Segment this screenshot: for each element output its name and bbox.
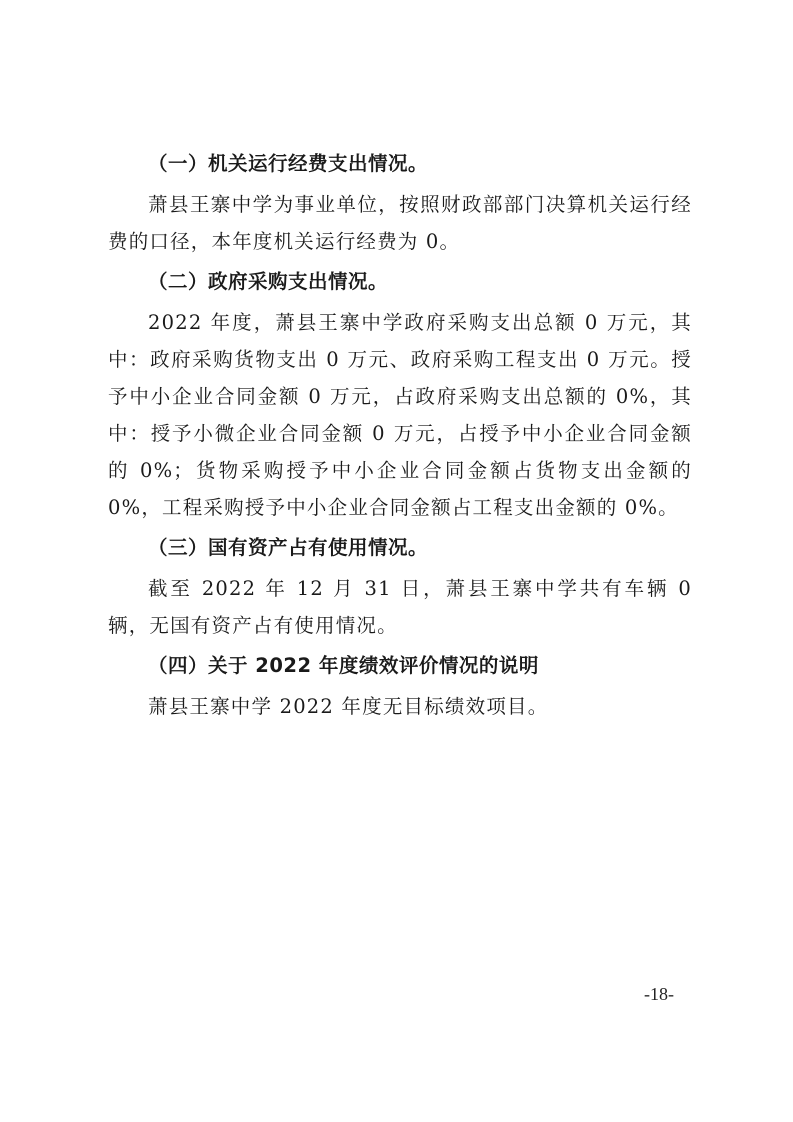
page-number: -18- bbox=[644, 984, 704, 1005]
section-state-assets: （三）国有资产占有使用情况。 截至 2022 年 12 月 31 日，萧县王寨中… bbox=[108, 530, 692, 644]
section-government-procurement: （二）政府采购支出情况。 2022 年度，萧县王寨中学政府采购支出总额 0 万元… bbox=[108, 264, 692, 526]
section-operating-expenses: （一）机关运行经费支出情况。 萧县王寨中学为事业单位，按照财政部部门决算机关运行… bbox=[108, 146, 692, 260]
section-heading: （四）关于 2022 年度绩效评价情况的说明 bbox=[108, 648, 692, 688]
section-heading: （三）国有资产占有使用情况。 bbox=[108, 530, 692, 570]
section-paragraph: 截至 2022 年 12 月 31 日，萧县王寨中学共有车辆 0 辆，无国有资产… bbox=[108, 570, 692, 644]
section-paragraph: 萧县王寨中学为事业单位，按照财政部部门决算机关运行经费的口径，本年度机关运行经费… bbox=[108, 186, 692, 260]
section-performance-evaluation: （四）关于 2022 年度绩效评价情况的说明 萧县王寨中学 2022 年度无目标… bbox=[108, 648, 692, 725]
section-paragraph: 萧县王寨中学 2022 年度无目标绩效项目。 bbox=[108, 688, 692, 725]
section-paragraph: 2022 年度，萧县王寨中学政府采购支出总额 0 万元，其中：政府采购货物支出 … bbox=[108, 304, 692, 526]
section-heading: （一）机关运行经费支出情况。 bbox=[108, 146, 692, 186]
section-heading: （二）政府采购支出情况。 bbox=[108, 264, 692, 304]
document-page: （一）机关运行经费支出情况。 萧县王寨中学为事业单位，按照财政部部门决算机关运行… bbox=[108, 146, 692, 729]
